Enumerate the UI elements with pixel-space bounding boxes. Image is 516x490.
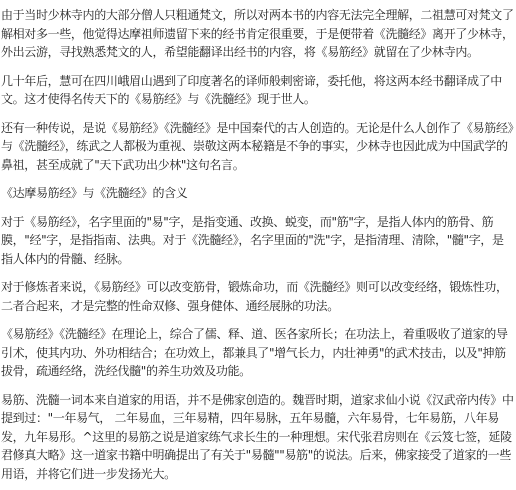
- article-body: 由于当时少林寺内的大部分僧人只粗通梵文，所以对两本书的内容无法完全理解，二祖慧可…: [0, 0, 515, 483]
- section-heading: 《达摩易筋经》与《洗髓经》的含义: [1, 184, 515, 203]
- paragraph-translation: 几十年后，慧可在四川峨眉山遇到了印度著名的译师般剌密谛，委托他，将这两本经书翻译…: [1, 72, 515, 109]
- paragraph-taoist-origin: 易筋、洗髓一词本来自道家的用语，并不是佛家创造的。魏晋时期，道家求仙小说《汉武帝…: [1, 391, 515, 484]
- paragraph-meaning: 对于《易筋经》，名字里面的"易"字，是指变通、改换、蜕变，而"筋"字，是指人体内…: [1, 213, 515, 269]
- paragraph-huike-leaves: 由于当时少林寺内的大部分僧人只粗通梵文，所以对两本书的内容无法完全理解，二祖慧可…: [1, 6, 515, 62]
- paragraph-legend: 还有一种传说，是说《易筋经》《洗髓经》是中国秦代的古人创造的。无论是什么人创作了…: [1, 119, 515, 175]
- paragraph-practitioners: 对于修炼者来说，《易筋经》可以改变筋骨，锻炼命功，而《洗髓经》则可以改变经络，锻…: [1, 278, 515, 315]
- paragraph-theory: 《易筋经》《洗髓经》在理论上，综合了儒、释、道、医各家所长；在功法上，着重吸收了…: [1, 325, 515, 381]
